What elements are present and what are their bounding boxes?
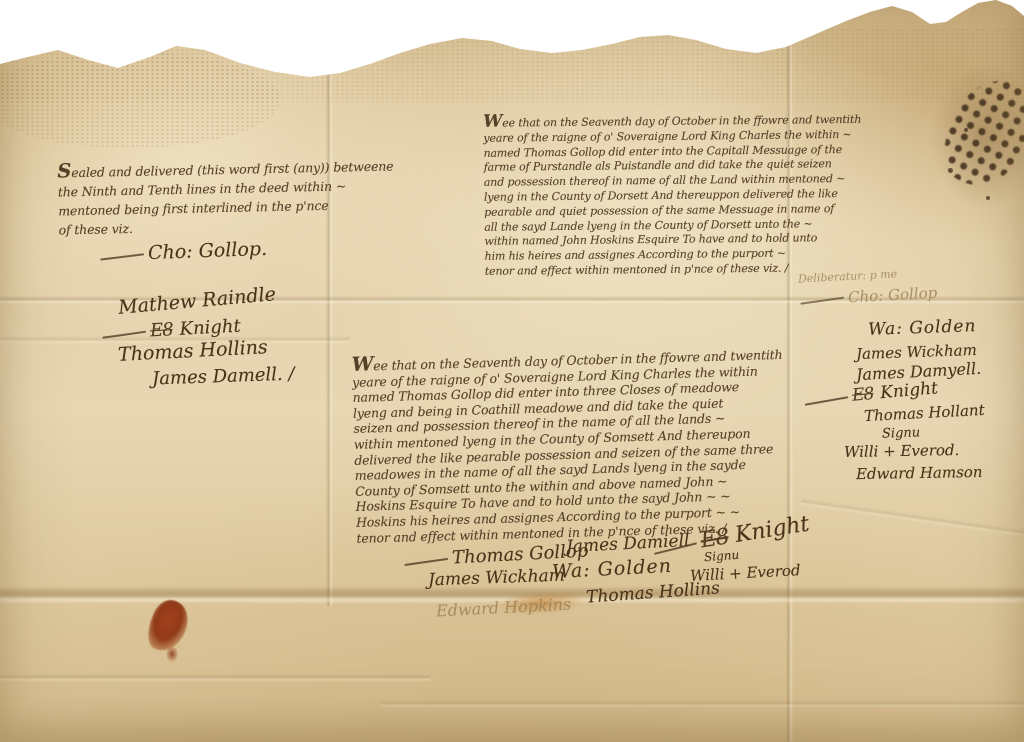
document-scan: Sealed and delivered (this word first (a… [0, 0, 1024, 742]
parchment-sheet: Sealed and delivered (this word first (a… [0, 0, 1024, 742]
edge-vignette [0, 0, 1024, 742]
